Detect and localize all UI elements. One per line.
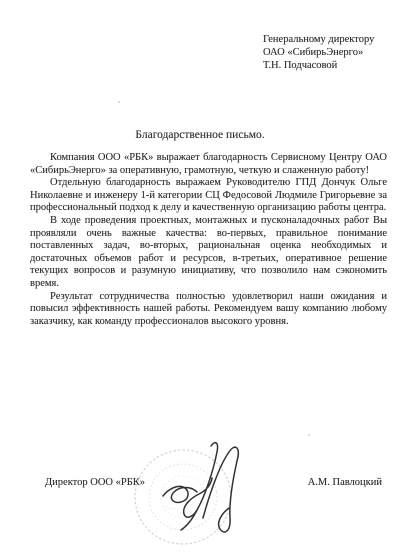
handwritten-signature-icon (163, 443, 238, 532)
paragraph-result: Результат сотрудничества полностью удовл… (30, 291, 387, 329)
scan-speck (118, 101, 120, 103)
round-stamp-icon (129, 444, 237, 550)
scan-speck (308, 434, 310, 436)
letter-body: Компания ООО «РБК» выражает благодарност… (30, 152, 387, 328)
paragraph-special-thanks: Отдельную благодарность выражаем Руковод… (30, 177, 387, 215)
recipient-line-position: Генеральному директору (263, 33, 374, 46)
recipient-line-company: ОАО «СибирьЭнерго» (263, 46, 374, 59)
scanned-letter-page: Генеральному директору ОАО «СибирьЭнерго… (0, 0, 400, 556)
recipient-block: Генеральному директору ОАО «СибирьЭнерго… (263, 33, 374, 72)
letter-title: Благодарственное письмо. (0, 129, 400, 141)
paragraph-qualities: В ходе проведения проектных, монтажных и… (30, 215, 387, 291)
recipient-line-name: Т.Н. Подчасовой (263, 59, 374, 72)
paragraph-gratitude: Компания ООО «РБК» выражает благодарност… (30, 152, 387, 177)
stamp-and-signature-graphic (123, 434, 263, 552)
signatory-name: А.М. Павлоцкий (308, 477, 382, 488)
